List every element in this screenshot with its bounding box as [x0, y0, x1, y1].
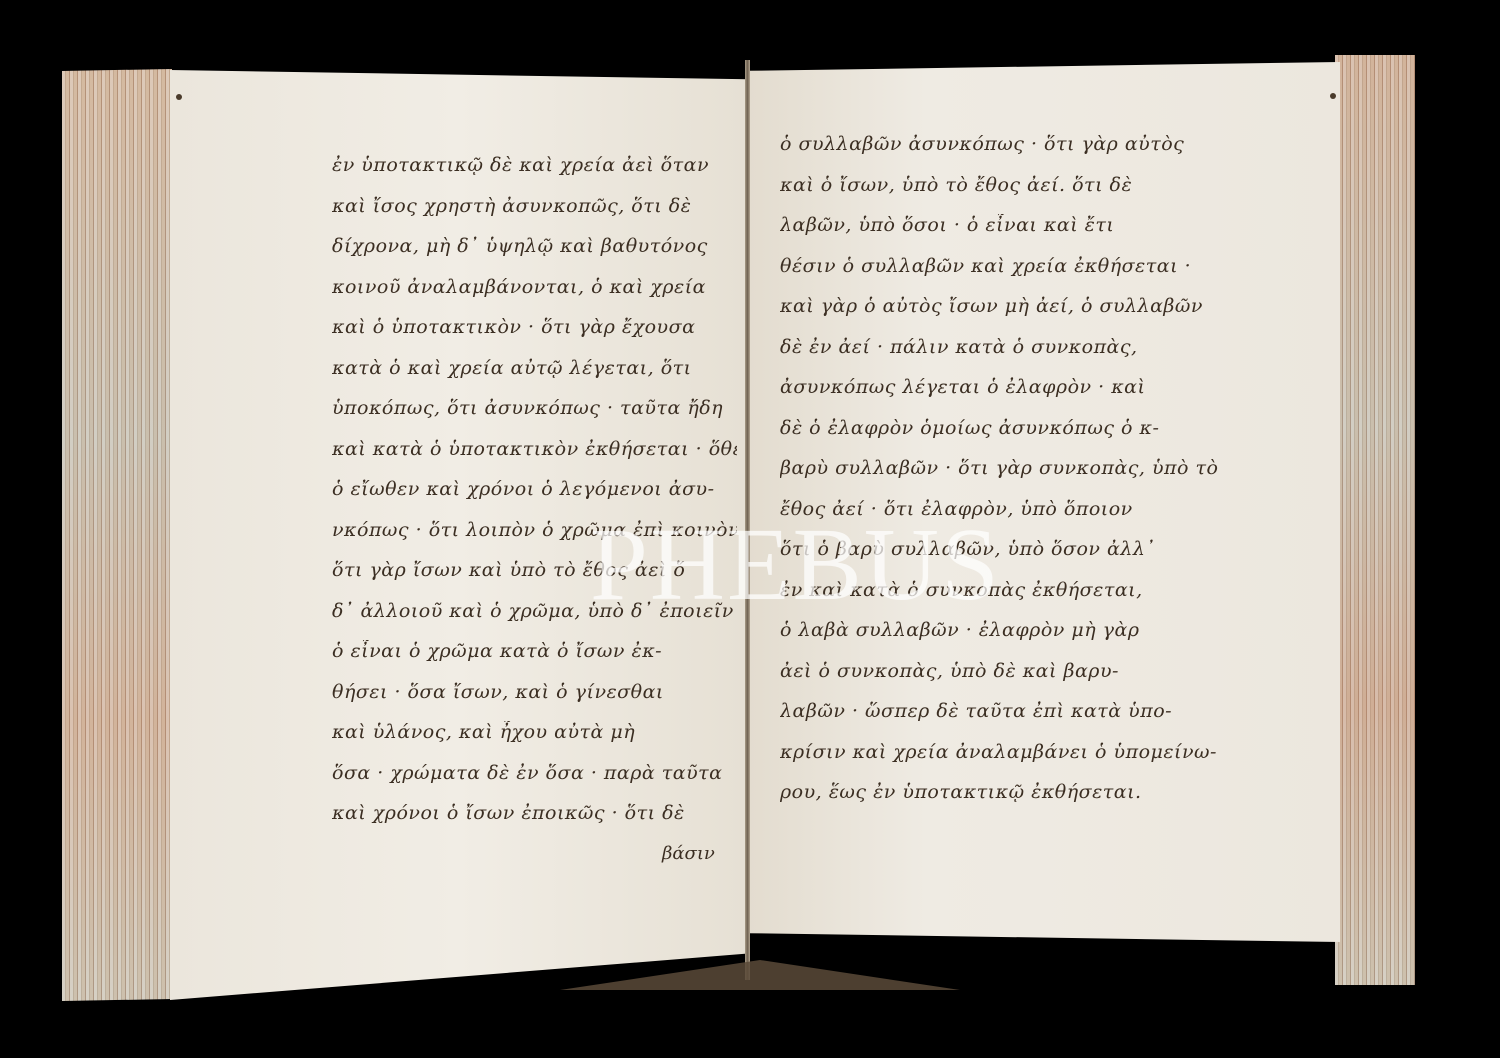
text-line: καὶ ὁ ἴσων, ὑπὸ τὸ ἔθος ἀεί. ὅτι δὲ — [780, 174, 1220, 215]
text-line: θήσει · ὅσα ἴσων, καὶ ὁ γίνεσθαι — [332, 681, 737, 722]
watermark: PHEBUS — [590, 505, 1001, 624]
text-line: ὅσα · χρώματα δὲ ἐν ὅσα · παρὰ ταῦτα — [332, 762, 737, 803]
text-line: δὲ ἐν ἀεί · πάλιν κατὰ ὁ συνκοπὰς, — [780, 336, 1220, 377]
text-line: λαβῶν, ὑπὸ ὅσοι · ὁ εἶναι καὶ ἔτι — [780, 214, 1220, 255]
book-spine — [560, 960, 960, 990]
text-line: θέσιν ὁ συλλαβῶν καὶ χρεία ἐκθήσεται · — [780, 255, 1220, 296]
right-page-edges — [1335, 55, 1415, 985]
catchword: βάσιν — [662, 843, 715, 864]
text-line: καὶ κατὰ ὁ ὑποτακτικὸν ἐκθήσεται · ὅθεν — [332, 438, 737, 479]
text-line: ρου, ἕως ἐν ὑποτακτικῷ ἐκθήσεται. — [780, 781, 1220, 822]
text-line: ὑποκόπως, ὅτι ἀσυνκόπως · ταῦτα ἤδη — [332, 397, 737, 438]
text-line: βαρὺ συλλαβῶν · ὅτι γὰρ συνκοπὰς, ὑπὸ τὸ — [780, 457, 1220, 498]
text-line: ὁ λαβὰ συλλαβῶν · ἐλαφρὸν μὴ γὰρ — [780, 619, 1220, 660]
text-line: ὁ εἶναι ὁ χρῶμα κατὰ ὁ ἴσων ἐκ- — [332, 640, 737, 681]
text-line: καὶ γὰρ ὁ αὐτὸς ἴσων μὴ ἀεί, ὁ συλλαβῶν — [780, 295, 1220, 336]
text-line: κρίσιν καὶ χρεία ἀναλαμβάνει ὁ ὑπομείνω- — [780, 741, 1220, 782]
text-line: καὶ ἴσος χρηστὴ ἀσυνκοπῶς, ὅτι δὲ — [332, 195, 737, 236]
text-line: κοινοῦ ἀναλαμβάνονται, ὁ καὶ χρεία — [332, 276, 737, 317]
text-line: καὶ ὁ ὑποτακτικὸν · ὅτι γὰρ ἔχουσα — [332, 316, 737, 357]
left-page-text: ἐν ὑποτακτικῷ δὲ καὶ χρεία ἀεὶ ὅταν καὶ … — [332, 154, 737, 843]
text-line: ἀσυνκόπως λέγεται ὁ ἐλαφρὸν · καὶ — [780, 376, 1220, 417]
text-line: ἀεὶ ὁ συνκοπὰς, ὑπὸ δὲ καὶ βαρυ- — [780, 660, 1220, 701]
left-page-edges — [62, 69, 172, 1001]
text-line: κατὰ ὁ καὶ χρεία αὐτῷ λέγεται, ὅτι — [332, 357, 737, 398]
right-page-wormhole — [1330, 93, 1336, 99]
right-page-text: ὁ συλλαβῶν ἀσυνκόπως · ὅτι γὰρ αὐτὸς καὶ… — [780, 133, 1220, 822]
text-line: καὶ ὑλάνος, καὶ ἦχου αὐτὰ μὴ — [332, 721, 737, 762]
text-line: ὁ συλλαβῶν ἀσυνκόπως · ὅτι γὰρ αὐτὸς — [780, 133, 1220, 174]
text-line: δίχρονα, μὴ δ᾽ ὑψηλῷ καὶ βαθυτόνος — [332, 235, 737, 276]
text-line: δὲ ὁ ἐλαφρὸν ὁμοίως ἀσυνκόπως ὁ κ- — [780, 417, 1220, 458]
text-line: καὶ χρόνοι ὁ ἴσων ἐποικῶς · ὅτι δὲ — [332, 802, 737, 843]
text-line: ἐν ὑποτακτικῷ δὲ καὶ χρεία ἀεὶ ὅταν — [332, 154, 737, 195]
left-page-wormhole — [176, 94, 182, 100]
text-line: λαβῶν · ὥσπερ δὲ ταῦτα ἐπὶ κατὰ ὑπο- — [780, 700, 1220, 741]
